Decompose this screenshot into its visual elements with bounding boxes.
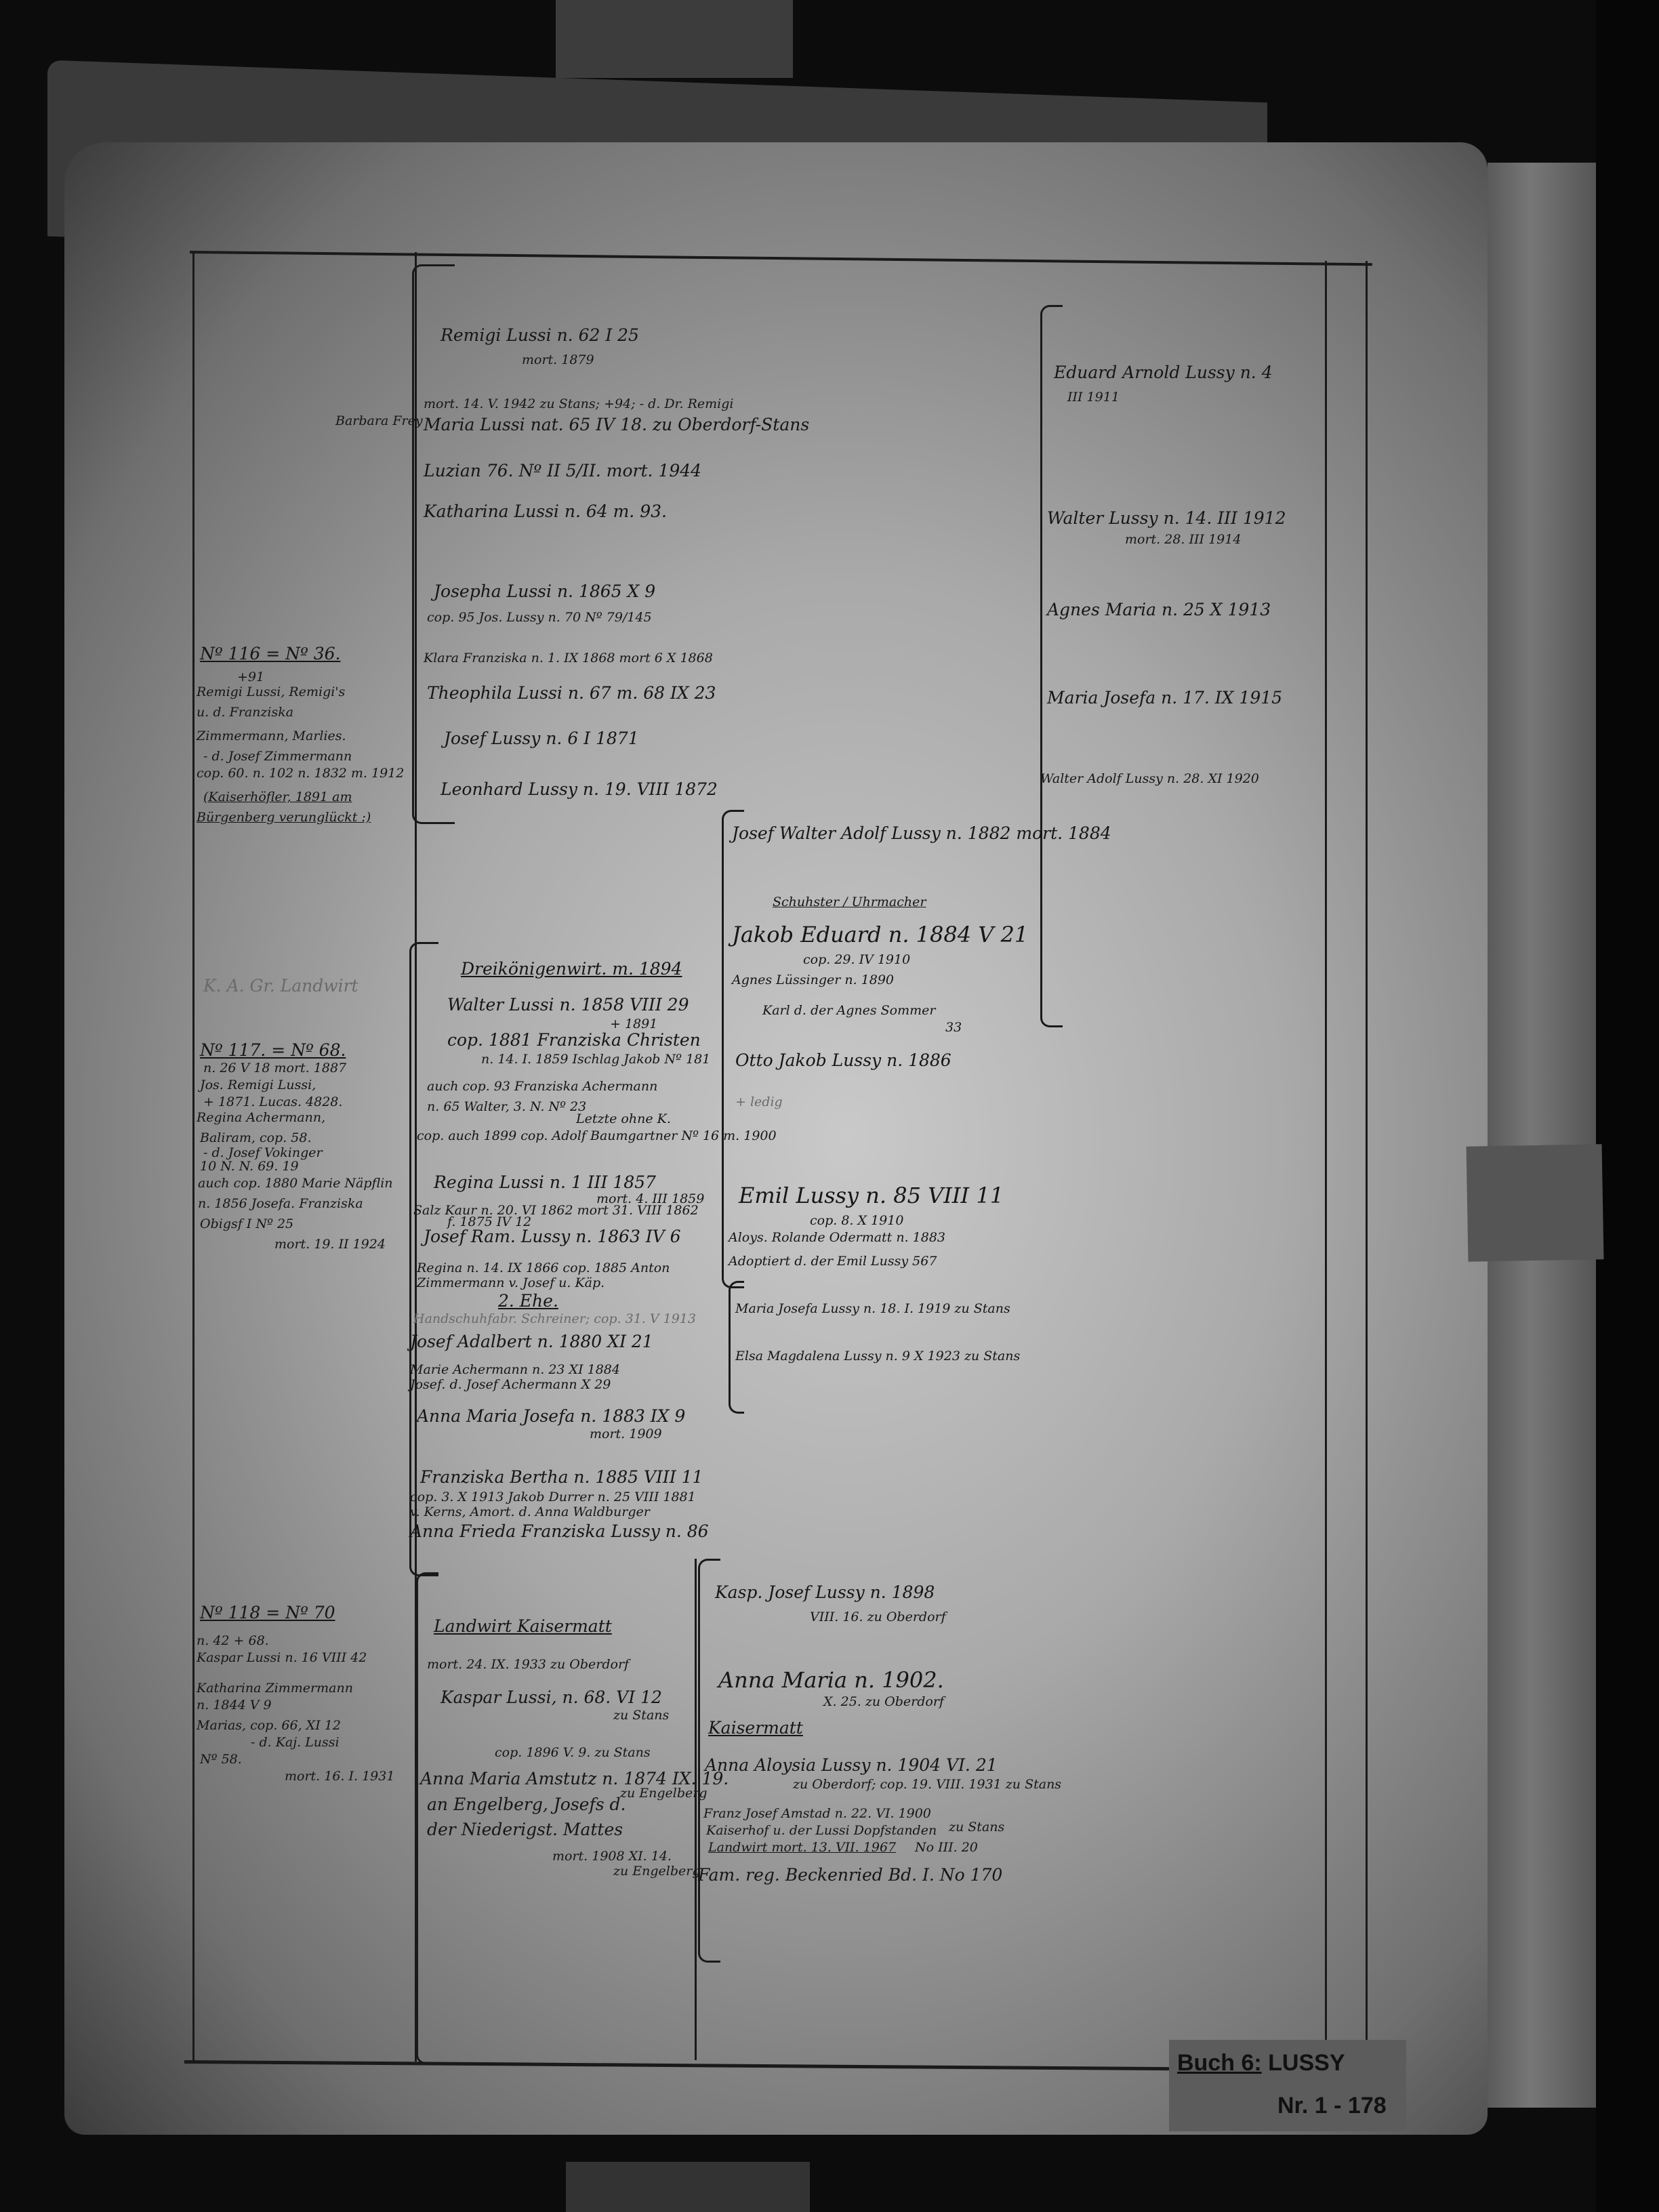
brace-group3 xyxy=(722,810,744,1288)
dark-background xyxy=(1596,0,1659,2212)
ruled-line-col4 xyxy=(1325,261,1327,2060)
entry-116-header: Nº 116 = Nº 36. xyxy=(200,644,340,663)
brace-group6 xyxy=(416,1572,438,2064)
background-paper-top xyxy=(556,0,793,78)
ruled-line-col2 xyxy=(695,1559,697,2060)
entry-117-annotation: K. A. Gr. Landwirt xyxy=(203,976,359,996)
page-tab-marker xyxy=(1467,1144,1604,1261)
adjacent-page-edge xyxy=(1488,163,1596,2108)
background-paper-bottom xyxy=(566,2162,810,2212)
entry-117-header: Nº 117. = Nº 68. xyxy=(200,1040,346,1060)
ruled-line-col5 xyxy=(1366,261,1368,2060)
label-range: Nr. 1 - 178 xyxy=(1277,2093,1387,2119)
brace-group4 xyxy=(1040,305,1063,1027)
label-line1: Buch 6: LUSSY xyxy=(1177,2050,1345,2076)
side-note: Barbara Frey xyxy=(335,413,423,428)
c2g4-header: Landwirt Kaisermatt xyxy=(434,1616,612,1636)
archive-label: Buch 6: LUSSY Nr. 1 - 178 xyxy=(1169,2040,1406,2131)
entry-118-header: Nº 118 = Nº 70 xyxy=(200,1603,335,1622)
ruled-line-col0 xyxy=(192,252,194,2062)
